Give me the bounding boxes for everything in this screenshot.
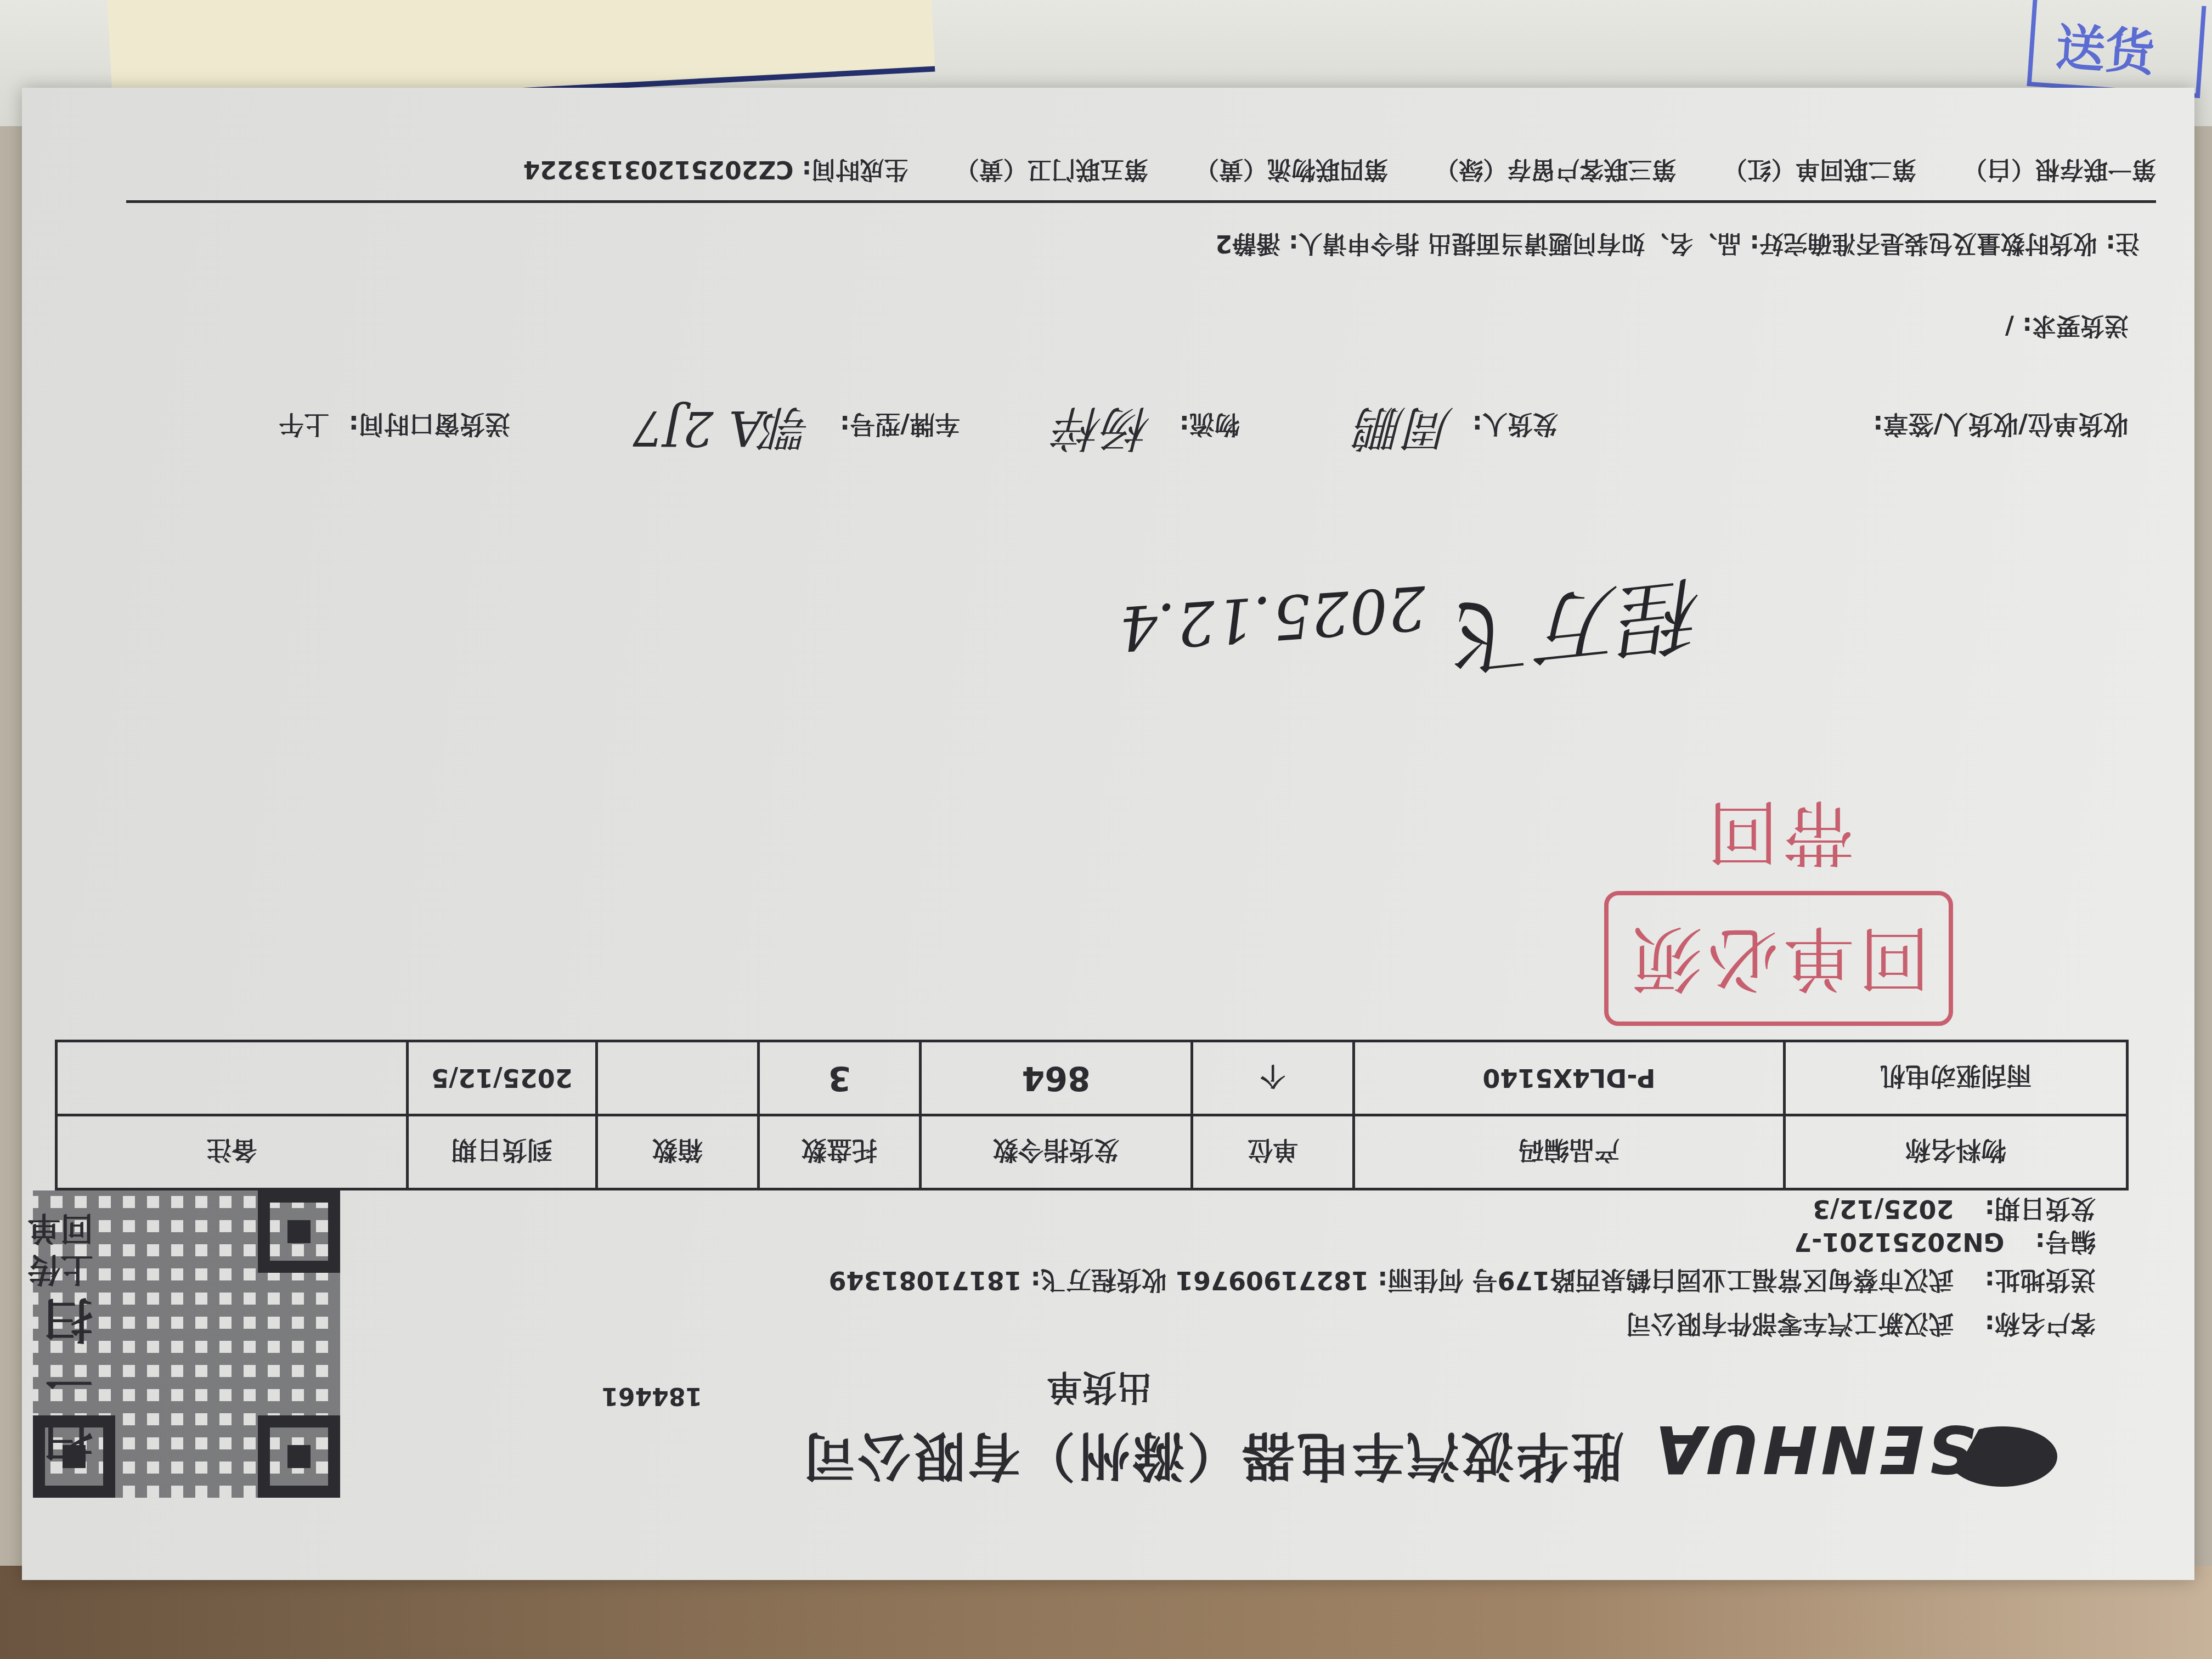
window-value: 上午	[279, 408, 329, 444]
copy-2: 第二联回单（红）	[1723, 155, 1916, 183]
qr-finder-icon	[258, 1415, 340, 1498]
partial-blue-stamp: 送货	[2027, 0, 2207, 98]
col-boxes: 箱数	[597, 1115, 759, 1189]
company-logo: SENHUA	[1750, 1426, 2057, 1498]
serial-number: 184461	[601, 1382, 702, 1410]
customer-label: 客户名称:	[1985, 1310, 2096, 1339]
receiver-label: 收货单位/收货人/签章:	[1873, 408, 2129, 444]
copies-distribution: 第一联存根（白） 第二联回单（红） 第三联客户留存（绿） 第四联物流（黄） 第五…	[126, 154, 2156, 203]
scan-upload-prompt: 扫一扫 上传回单	[27, 1207, 93, 1470]
note-text: 注: 收货时数量及包装是否准确完好: 品、名、如有问题请当面提出 指令申请人: …	[1215, 228, 2140, 263]
qr-finder-icon	[258, 1190, 340, 1273]
handwritten-signature: 程万飞	[1454, 560, 1712, 704]
delivery-requirements: 送货要求: /	[2005, 311, 2129, 346]
items-table: 物料名称 产品编码 单位 发货指令数 托盘数 箱数 到货日期 备注 雨刮驱动电机…	[55, 1040, 2129, 1190]
company-name: 胜华波汽车电器（滁州）有限公司	[801, 1423, 1624, 1498]
receipt-return-stamp: 回单必须带回	[1604, 891, 1953, 1026]
ship-date-value: 2025/12/3	[1813, 1194, 1954, 1224]
table-row: 雨刮驱动电机 P-DL4X5140 个 864 3 2025/12/5	[57, 1041, 2128, 1115]
copy-1: 第一联存根（白）	[1963, 155, 2156, 183]
col-arrival-date: 到货日期	[408, 1115, 597, 1189]
number-field: 编号: GN20251201-7	[1794, 1226, 2096, 1262]
customer-value: 武汉新工汽车零部件有限公司	[1626, 1310, 1954, 1339]
requirements-value: /	[2005, 312, 2014, 340]
logistics-signature: 杨梓	[1056, 397, 1152, 466]
address-field: 送货地址: 武汉市蔡甸区常福工业园白鹤泉西路179号 何佳丽: 18271909…	[829, 1264, 2096, 1300]
handwritten-date: 2025.12.4	[1117, 572, 1428, 664]
generation-time: 生成时间: CZ20251203133224	[523, 155, 909, 183]
copy-5: 第五联门卫（黄）	[955, 155, 1148, 183]
cell-unit: 个	[1192, 1041, 1354, 1115]
col-remarks: 备注	[57, 1115, 408, 1189]
cell-pallets: 3	[759, 1041, 921, 1115]
delivery-note-sheet: SENHUA 胜华波汽车电器（滁州）有限公司 出货单 184461 扫一扫 上传…	[22, 88, 2194, 1580]
address-value: 武汉市蔡甸区常福工业园白鹤泉西路179号 何佳丽: 18271909761 收货…	[829, 1266, 1954, 1295]
cell-arrival-date: 2025/12/5	[408, 1041, 597, 1115]
logo-text: SENHUA	[1651, 1410, 1975, 1487]
document-title: 出货单	[1047, 1365, 1152, 1415]
cell-product-code: P-DL4X5140	[1354, 1041, 1785, 1115]
ship-date-label: 发货日期:	[1985, 1194, 2096, 1224]
col-product-code: 产品编码	[1354, 1115, 1785, 1189]
number-value: GN20251201-7	[1794, 1227, 2004, 1257]
copy-3: 第三联客户留存（绿）	[1435, 155, 1676, 183]
cell-material-name: 雨刮驱动电机	[1785, 1041, 2128, 1115]
ship-date-field: 发货日期: 2025/12/3	[1813, 1193, 2096, 1229]
table-header-row: 物料名称 产品编码 单位 发货指令数 托盘数 箱数 到货日期 备注	[57, 1115, 2128, 1189]
col-ship-qty: 发货指令数	[921, 1115, 1192, 1189]
shipper-signature: 周鹏	[1357, 397, 1454, 466]
plate-label: 车牌/型号:	[840, 408, 960, 444]
number-label: 编号:	[2035, 1227, 2096, 1257]
customer-field: 客户名称: 武汉新工汽车零部件有限公司	[1626, 1308, 2096, 1344]
address-label: 送货地址:	[1985, 1266, 2096, 1295]
cell-ship-qty: 864	[921, 1041, 1192, 1115]
plate-value: 鄂A 2J7	[633, 397, 812, 466]
partial-stamp-text: 送货	[2054, 7, 2158, 84]
scan-prompt-line2: 上传回单	[27, 1207, 93, 1289]
requirements-label: 送货要求:	[2022, 312, 2129, 340]
col-pallets: 托盘数	[759, 1115, 921, 1189]
col-material-name: 物料名称	[1785, 1115, 2128, 1189]
copy-4: 第四联物流（黄）	[1195, 155, 1388, 183]
window-label: 送货窗口时间:	[349, 408, 510, 444]
scan-prompt-line1: 扫一扫	[27, 1289, 93, 1470]
cell-boxes	[597, 1041, 759, 1115]
logistics-label: 物流:	[1180, 408, 1240, 444]
col-unit: 单位	[1192, 1115, 1354, 1189]
cell-remarks	[57, 1041, 408, 1115]
shipper-label: 发货人:	[1472, 408, 1558, 444]
